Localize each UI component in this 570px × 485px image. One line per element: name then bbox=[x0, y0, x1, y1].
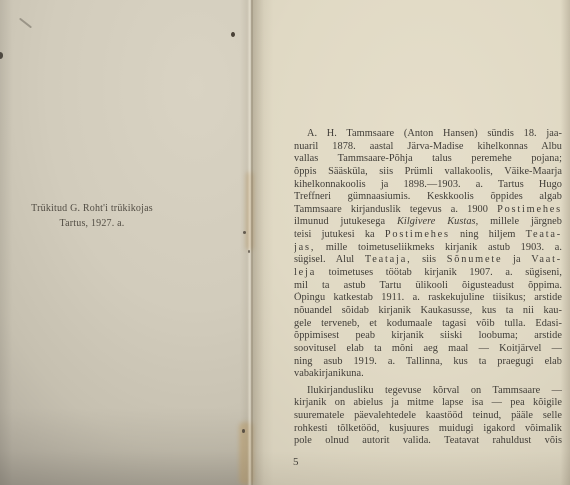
text-line: kihelkonnakoolis ja 1898.—1903. a. Tartu… bbox=[294, 179, 562, 192]
right-page: A. H. Tammsaare (Anton Hansen) sündis 18… bbox=[251, 0, 570, 485]
text-line: suurematele päevalehtedele kaastööd tein… bbox=[294, 410, 562, 423]
ink-speck bbox=[243, 231, 246, 234]
page-number: 5 bbox=[293, 456, 299, 468]
text-line: rohkesti tõlketööd, kusjuures muidugi ig… bbox=[294, 423, 562, 436]
text-line: Õpingu katkestab 1911. a. raskekujuline … bbox=[294, 292, 562, 305]
paper-scratch bbox=[19, 18, 32, 29]
text-line: Ilukirjandusliku tegevuse kõrval on Tamm… bbox=[294, 385, 562, 398]
text-line: Treffneri gümnaasiumis. Keskkoolis õppid… bbox=[294, 191, 562, 204]
text-line: vabakirjanikuna. bbox=[294, 368, 562, 381]
text-line: ilmunud jutukesega Kilgivere Kustas, mil… bbox=[294, 216, 562, 229]
text-line: leja toimetuses töötab kirjanik 1907. a.… bbox=[294, 267, 562, 280]
ink-speck bbox=[242, 429, 245, 433]
text-line: Tammsaare kirjanduslik tegevus a. 1900 P… bbox=[294, 204, 562, 217]
text-line: sügisel. Alul Teataja, siis Sõnumete ja … bbox=[294, 254, 562, 267]
paragraph: A. H. Tammsaare (Anton Hansen) sündis 18… bbox=[294, 128, 562, 381]
text-line: pole olnud autorit valida. Teatavat rahu… bbox=[294, 435, 562, 448]
ink-speck bbox=[248, 250, 250, 253]
paper-edge-mark bbox=[0, 52, 3, 59]
page-gutter bbox=[240, 0, 264, 485]
colophon: Trükitud G. Roht'i trükikojas Tartus, 19… bbox=[17, 202, 167, 231]
text-line: mil ta astub Tartu ülikooli õigusteadust… bbox=[294, 280, 562, 293]
ink-speck bbox=[231, 32, 235, 37]
text-line: A. H. Tammsaare (Anton Hansen) sündis 18… bbox=[294, 128, 562, 141]
text-line: gele terveneb, et kodumaale tagasi võib … bbox=[294, 318, 562, 331]
paragraph: Ilukirjandusliku tegevuse kõrval on Tamm… bbox=[294, 385, 562, 448]
colophon-line-1: Trükitud G. Roht'i trükikojas bbox=[17, 202, 167, 217]
text-line: nõuandel sõidab kirjanik Kaukasusse, kus… bbox=[294, 305, 562, 318]
body-text: A. H. Tammsaare (Anton Hansen) sündis 18… bbox=[294, 128, 562, 448]
text-line: ning asub 1919. a. Tallinna, kus ta prae… bbox=[294, 356, 562, 369]
colophon-line-2: Tartus, 1927. a. bbox=[17, 217, 167, 232]
text-line: soovitusel elab ta mõni aeg maal — Koitj… bbox=[294, 343, 562, 356]
text-line: nuaril 1878. aastal Järva-Madise kihelko… bbox=[294, 141, 562, 154]
left-page: Trükitud G. Roht'i trükikojas Tartus, 19… bbox=[0, 0, 251, 485]
book-scan: Trükitud G. Roht'i trükikojas Tartus, 19… bbox=[0, 0, 570, 485]
text-line: kirjanik on abielus ja mitme lapse isa —… bbox=[294, 397, 562, 410]
text-line: õppis Sääsküla, siis Prümli vallakoolis,… bbox=[294, 166, 562, 179]
text-line: vallas Tammsaare-Põhja talus peremehe po… bbox=[294, 153, 562, 166]
text-line: teisi jutukesi ka Postimehes ning hiljem… bbox=[294, 229, 562, 242]
text-line: õppimisest peab kirjanik siiski loobuma;… bbox=[294, 330, 562, 343]
text-line: jas, mille toimetuseliikmeks kirjanik as… bbox=[294, 242, 562, 255]
